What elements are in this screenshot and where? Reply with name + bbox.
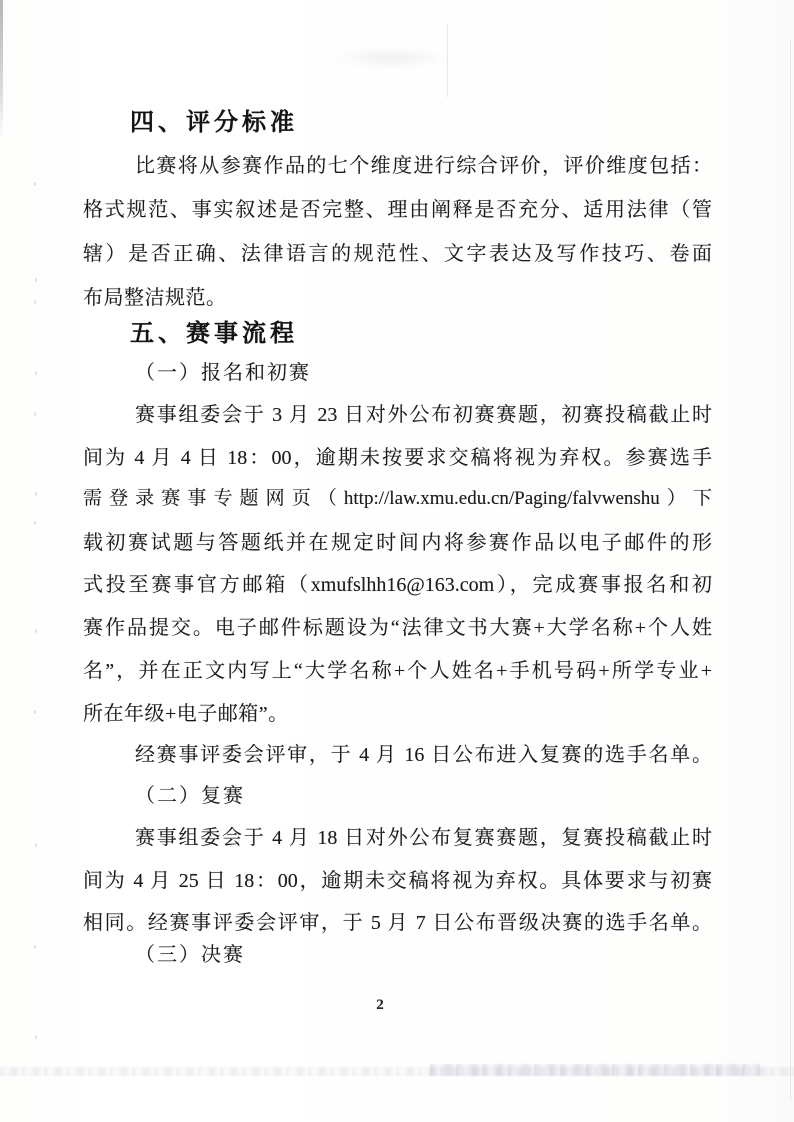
paragraph-line: 辖）是否正确、法律语言的规范性、文字表达及写作技巧、卷面 bbox=[83, 237, 712, 271]
scan-speck bbox=[34, 521, 36, 525]
scan-speck bbox=[35, 843, 37, 847]
scan-speck bbox=[34, 710, 36, 714]
scan-speck bbox=[35, 371, 37, 375]
paragraph-line: 间为 4 月 25 日 18：00，逾期未交稿将视为弃权。具体要求与初赛 bbox=[83, 864, 712, 898]
paragraph-line: 赛事组委会于 3 月 23 日对外公布初赛赛题，初赛投稿截止时 bbox=[83, 398, 712, 432]
page-number: 2 bbox=[0, 997, 777, 1014]
paragraph-line: 相同。经赛事评委会评审，于 5 月 7 日公布晋级决赛的选手名单。 bbox=[83, 906, 712, 940]
subsection-final: （三）决赛 bbox=[83, 938, 712, 972]
paragraph-line: 赛作品提交。电子邮件标题设为“法律文书大赛+大学名称+个人姓 bbox=[83, 611, 712, 645]
section-heading-process: 五、赛事流程 bbox=[83, 313, 712, 347]
paragraph-line: 名”，并在正文内写上“大学名称+个人姓名+手机号码+所学专业+ bbox=[83, 654, 712, 688]
paragraph-line-email: 式投至赛事官方邮箱（xmufslhh16@163.com），完成赛事报名和初 bbox=[83, 568, 712, 602]
paragraph-line: 格式规范、事实叙述是否完整、理由阐释是否充分、适用法律（管 bbox=[83, 193, 712, 227]
scan-edge-artifact bbox=[0, 0, 3, 140]
scan-speck bbox=[34, 182, 36, 186]
scanned-page: 四、评分标准 比赛将从参赛作品的七个维度进行综合评价，评价维度包括： 格式规范、… bbox=[0, 0, 794, 1122]
scan-speck bbox=[34, 300, 36, 304]
paragraph-line: 所在年级+电子邮箱”。 bbox=[83, 697, 712, 731]
scan-speck bbox=[34, 412, 36, 416]
subsection-registration: （一）报名和初赛 bbox=[83, 356, 712, 390]
scan-speck bbox=[35, 278, 37, 282]
scan-noise-band bbox=[430, 1064, 760, 1076]
scan-right-edge-artifact bbox=[790, 40, 791, 1100]
scan-speck bbox=[35, 1035, 37, 1039]
paragraph-line: 赛事组委会于 4 月 18 日对外公布复赛赛题，复赛投稿截止时 bbox=[83, 821, 712, 855]
paragraph-line-url: 需登录赛事专题网页（http://law.xmu.edu.cn/Paging/f… bbox=[83, 483, 712, 517]
subsection-semifinal: （二）复赛 bbox=[83, 779, 712, 813]
paragraph-line: 经赛事评委会评审，于 4 月 16 日公布进入复赛的选手名单。 bbox=[83, 738, 712, 772]
paragraph-line: 间为 4 月 4 日 18：00，逾期未按要求交稿将视为弃权。参赛选手 bbox=[83, 441, 712, 475]
paragraph-line: 比赛将从参赛作品的七个维度进行综合评价，评价维度包括： bbox=[83, 149, 712, 183]
section-heading-scoring: 四、评分标准 bbox=[83, 102, 712, 136]
scan-speck bbox=[35, 629, 37, 633]
paragraph-line: 载初赛试题与答题纸并在规定时间内将参赛作品以电子邮件的形 bbox=[83, 526, 712, 560]
scan-speck bbox=[35, 492, 37, 496]
scan-smudge-artifact bbox=[328, 46, 453, 70]
scan-hairline-artifact bbox=[447, 25, 448, 97]
paragraph-line: 布局整洁规范。 bbox=[83, 281, 712, 315]
scan-speck bbox=[34, 945, 36, 949]
